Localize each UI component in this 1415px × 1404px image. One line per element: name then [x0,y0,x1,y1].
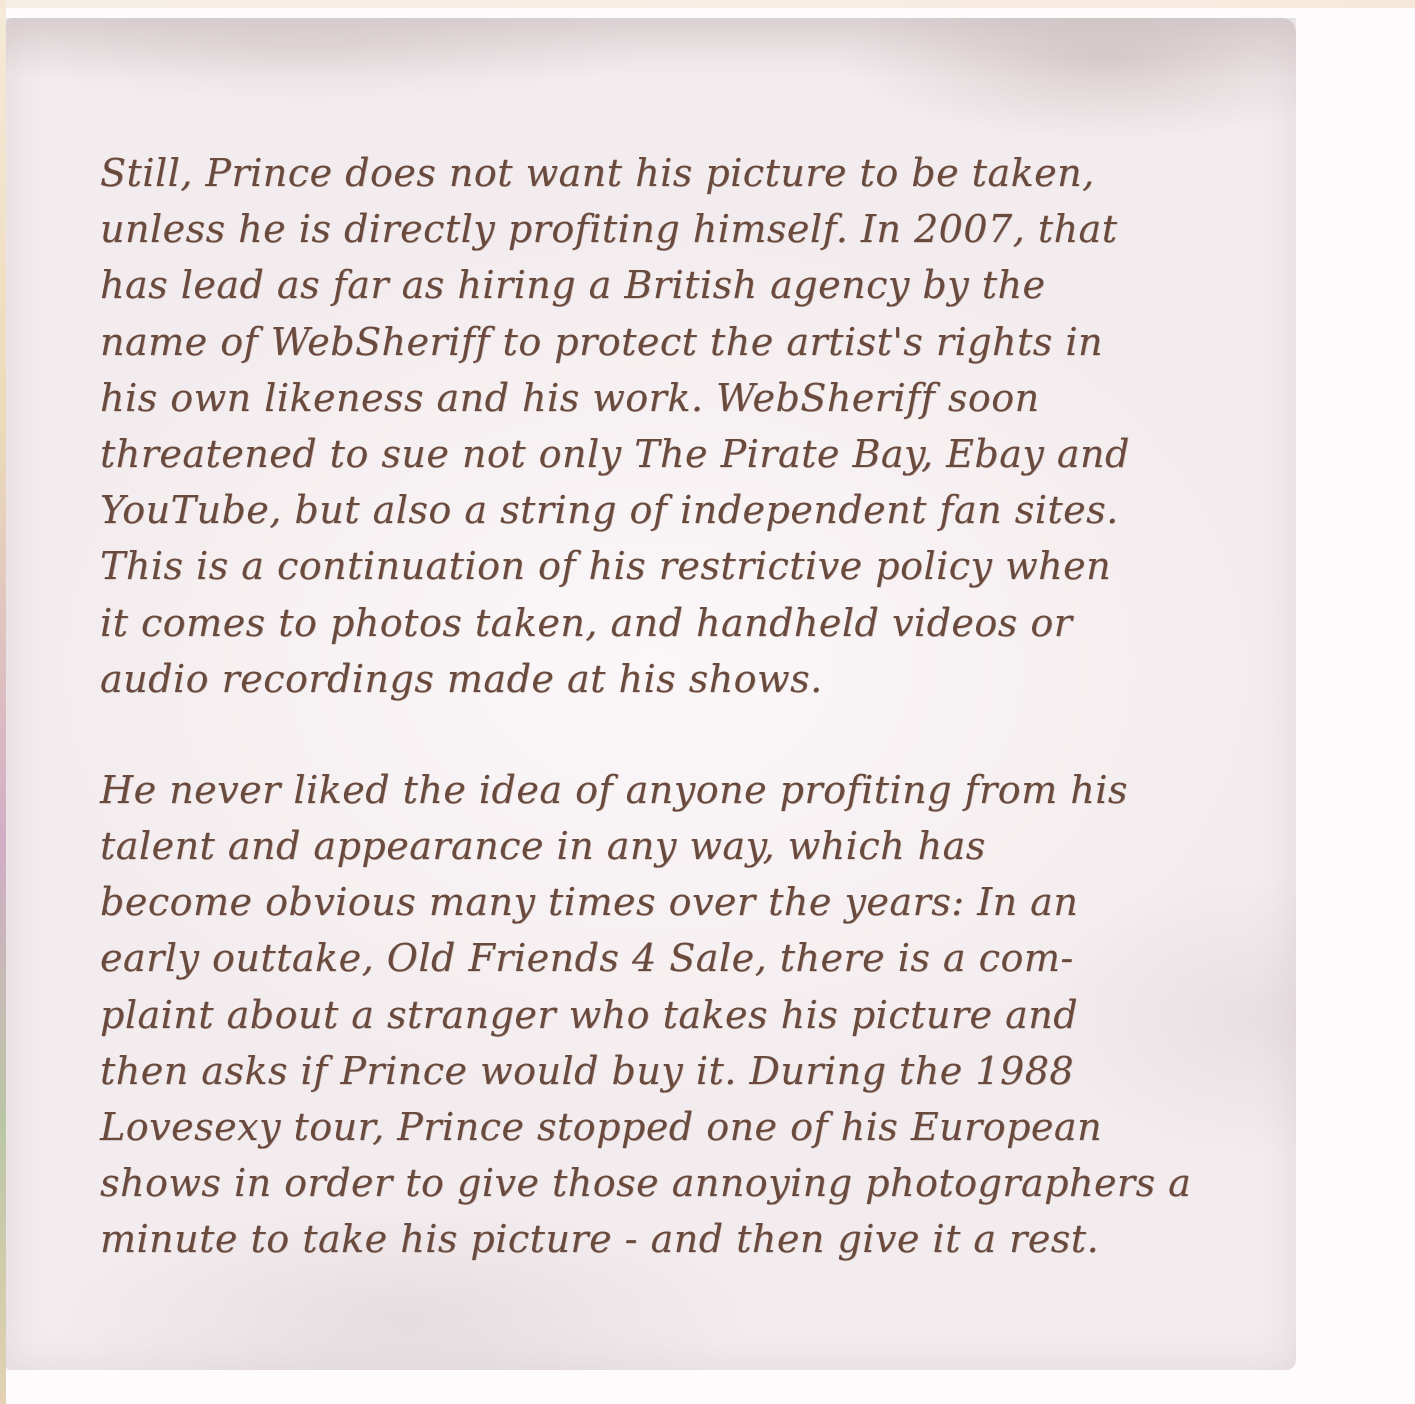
text-line: threatened to sue not only The Pirate Ba… [100,426,1320,482]
paragraph-1: Still, Prince does not want his picture … [100,145,1320,707]
paragraph-2: He never liked the idea of anyone profit… [100,762,1320,1268]
text-line: This is a continuation of his restrictiv… [100,538,1320,594]
text-line: audio recordings made at his shows. [100,651,1320,707]
text-line: name of WebSheriff to protect the artist… [100,314,1320,370]
text-line: become obvious many times over the years… [100,874,1320,930]
text-line: shows in order to give those annoying ph… [100,1155,1320,1211]
paragraph-gap [100,707,1320,762]
paper-stain-top [6,18,1296,78]
text-line: has lead as far as hiring a British agen… [100,257,1320,313]
text-line: He never liked the idea of anyone profit… [100,762,1320,818]
text-line: early outtake, Old Friends 4 Sale, there… [100,930,1320,986]
text-line: minute to take his picture - and then gi… [100,1211,1320,1267]
background-edge-top [0,0,1415,8]
text-line: Still, Prince does not want his picture … [100,145,1320,201]
handwritten-text: Still, Prince does not want his picture … [100,145,1320,1268]
text-line: plaint about a stranger who takes his pi… [100,987,1320,1043]
text-line: unless he is directly profiting himself.… [100,201,1320,257]
text-line: talent and appearance in any way, which … [100,818,1320,874]
text-line: his own likeness and his work. WebSherif… [100,370,1320,426]
text-line: Lovesexy tour, Prince stopped one of his… [100,1099,1320,1155]
text-line: it comes to photos taken, and handheld v… [100,595,1320,651]
text-line: then asks if Prince would buy it. During… [100,1043,1320,1099]
text-line: YouTube, but also a string of independen… [100,482,1320,538]
